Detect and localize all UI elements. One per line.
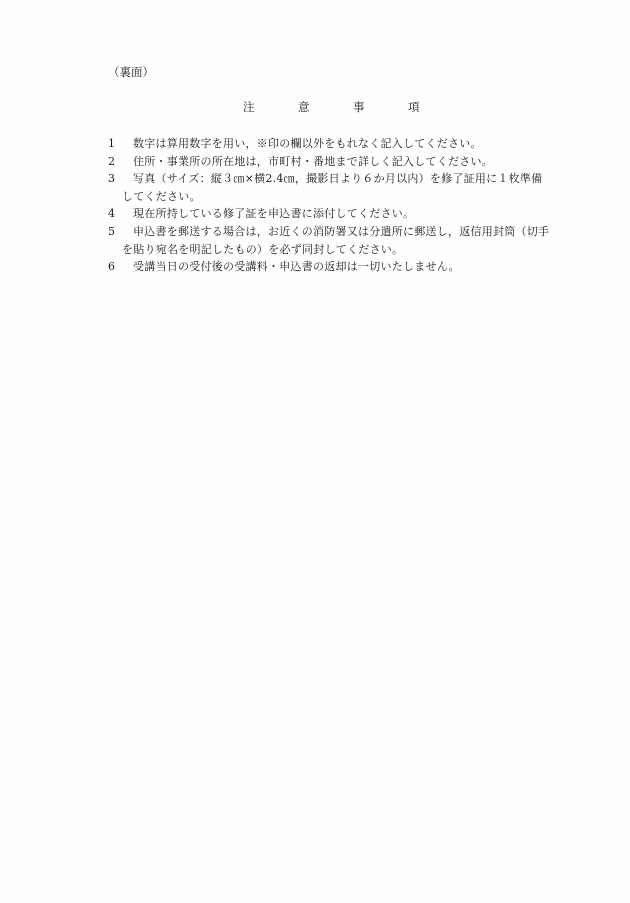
note-text: 数字は算用数字を用い，※印の欄以外をもれなく記入してください。 (133, 135, 570, 153)
reverse-side-label: （裏面） (108, 64, 154, 80)
note-number: 3 (108, 170, 122, 188)
note-text: 住所・事業所の所在地は，市町村・番地まで詳しく記入してください。 (133, 153, 570, 171)
note-item: 4 現在所持している修了証を申込書に添付してください。 (108, 205, 570, 223)
note-text: 受講当日の受付後の受講料・申込書の返却は一切いたしません。 (133, 258, 570, 276)
title-char: 注 (243, 99, 255, 115)
note-item: 1 数字は算用数字を用い，※印の欄以外をもれなく記入してください。 (108, 135, 570, 153)
note-text-continued: を貼り宛名を明記したもの）を必ず同封してください。 (122, 241, 570, 259)
note-number: 5 (108, 223, 122, 241)
notes-list: 1 数字は算用数字を用い，※印の欄以外をもれなく記入してください。 2 住所・事… (108, 135, 570, 276)
title-char: 事 (353, 99, 365, 115)
title-char: 意 (298, 99, 310, 115)
note-text: 写真（サイズ：縦３㎝×横2.4㎝，撮影日より６か月以内）を修了証用に１枚準備 (133, 170, 570, 188)
note-item: 2 住所・事業所の所在地は，市町村・番地まで詳しく記入してください。 (108, 153, 570, 171)
note-number: 4 (108, 205, 122, 223)
note-number: 2 (108, 153, 122, 171)
note-item: 3 写真（サイズ：縦３㎝×横2.4㎝，撮影日より６か月以内）を修了証用に１枚準備… (108, 170, 570, 205)
page-title: 注 意 事 項 (0, 99, 630, 115)
note-item: 5 申込書を郵送する場合は，お近くの消防署又は分遣所に郵送し，返信用封筒（切手 … (108, 223, 570, 258)
title-char: 項 (408, 99, 420, 115)
document-page: （裏面） 注 意 事 項 1 数字は算用数字を用い，※印の欄以外をもれなく記入し… (0, 0, 630, 903)
note-number: 6 (108, 258, 122, 276)
note-text: 現在所持している修了証を申込書に添付してください。 (133, 205, 570, 223)
note-number: 1 (108, 135, 122, 153)
note-text-continued: してください。 (122, 188, 570, 206)
note-text: 申込書を郵送する場合は，お近くの消防署又は分遣所に郵送し，返信用封筒（切手 (133, 223, 570, 241)
note-item: 6 受講当日の受付後の受講料・申込書の返却は一切いたしません。 (108, 258, 570, 276)
